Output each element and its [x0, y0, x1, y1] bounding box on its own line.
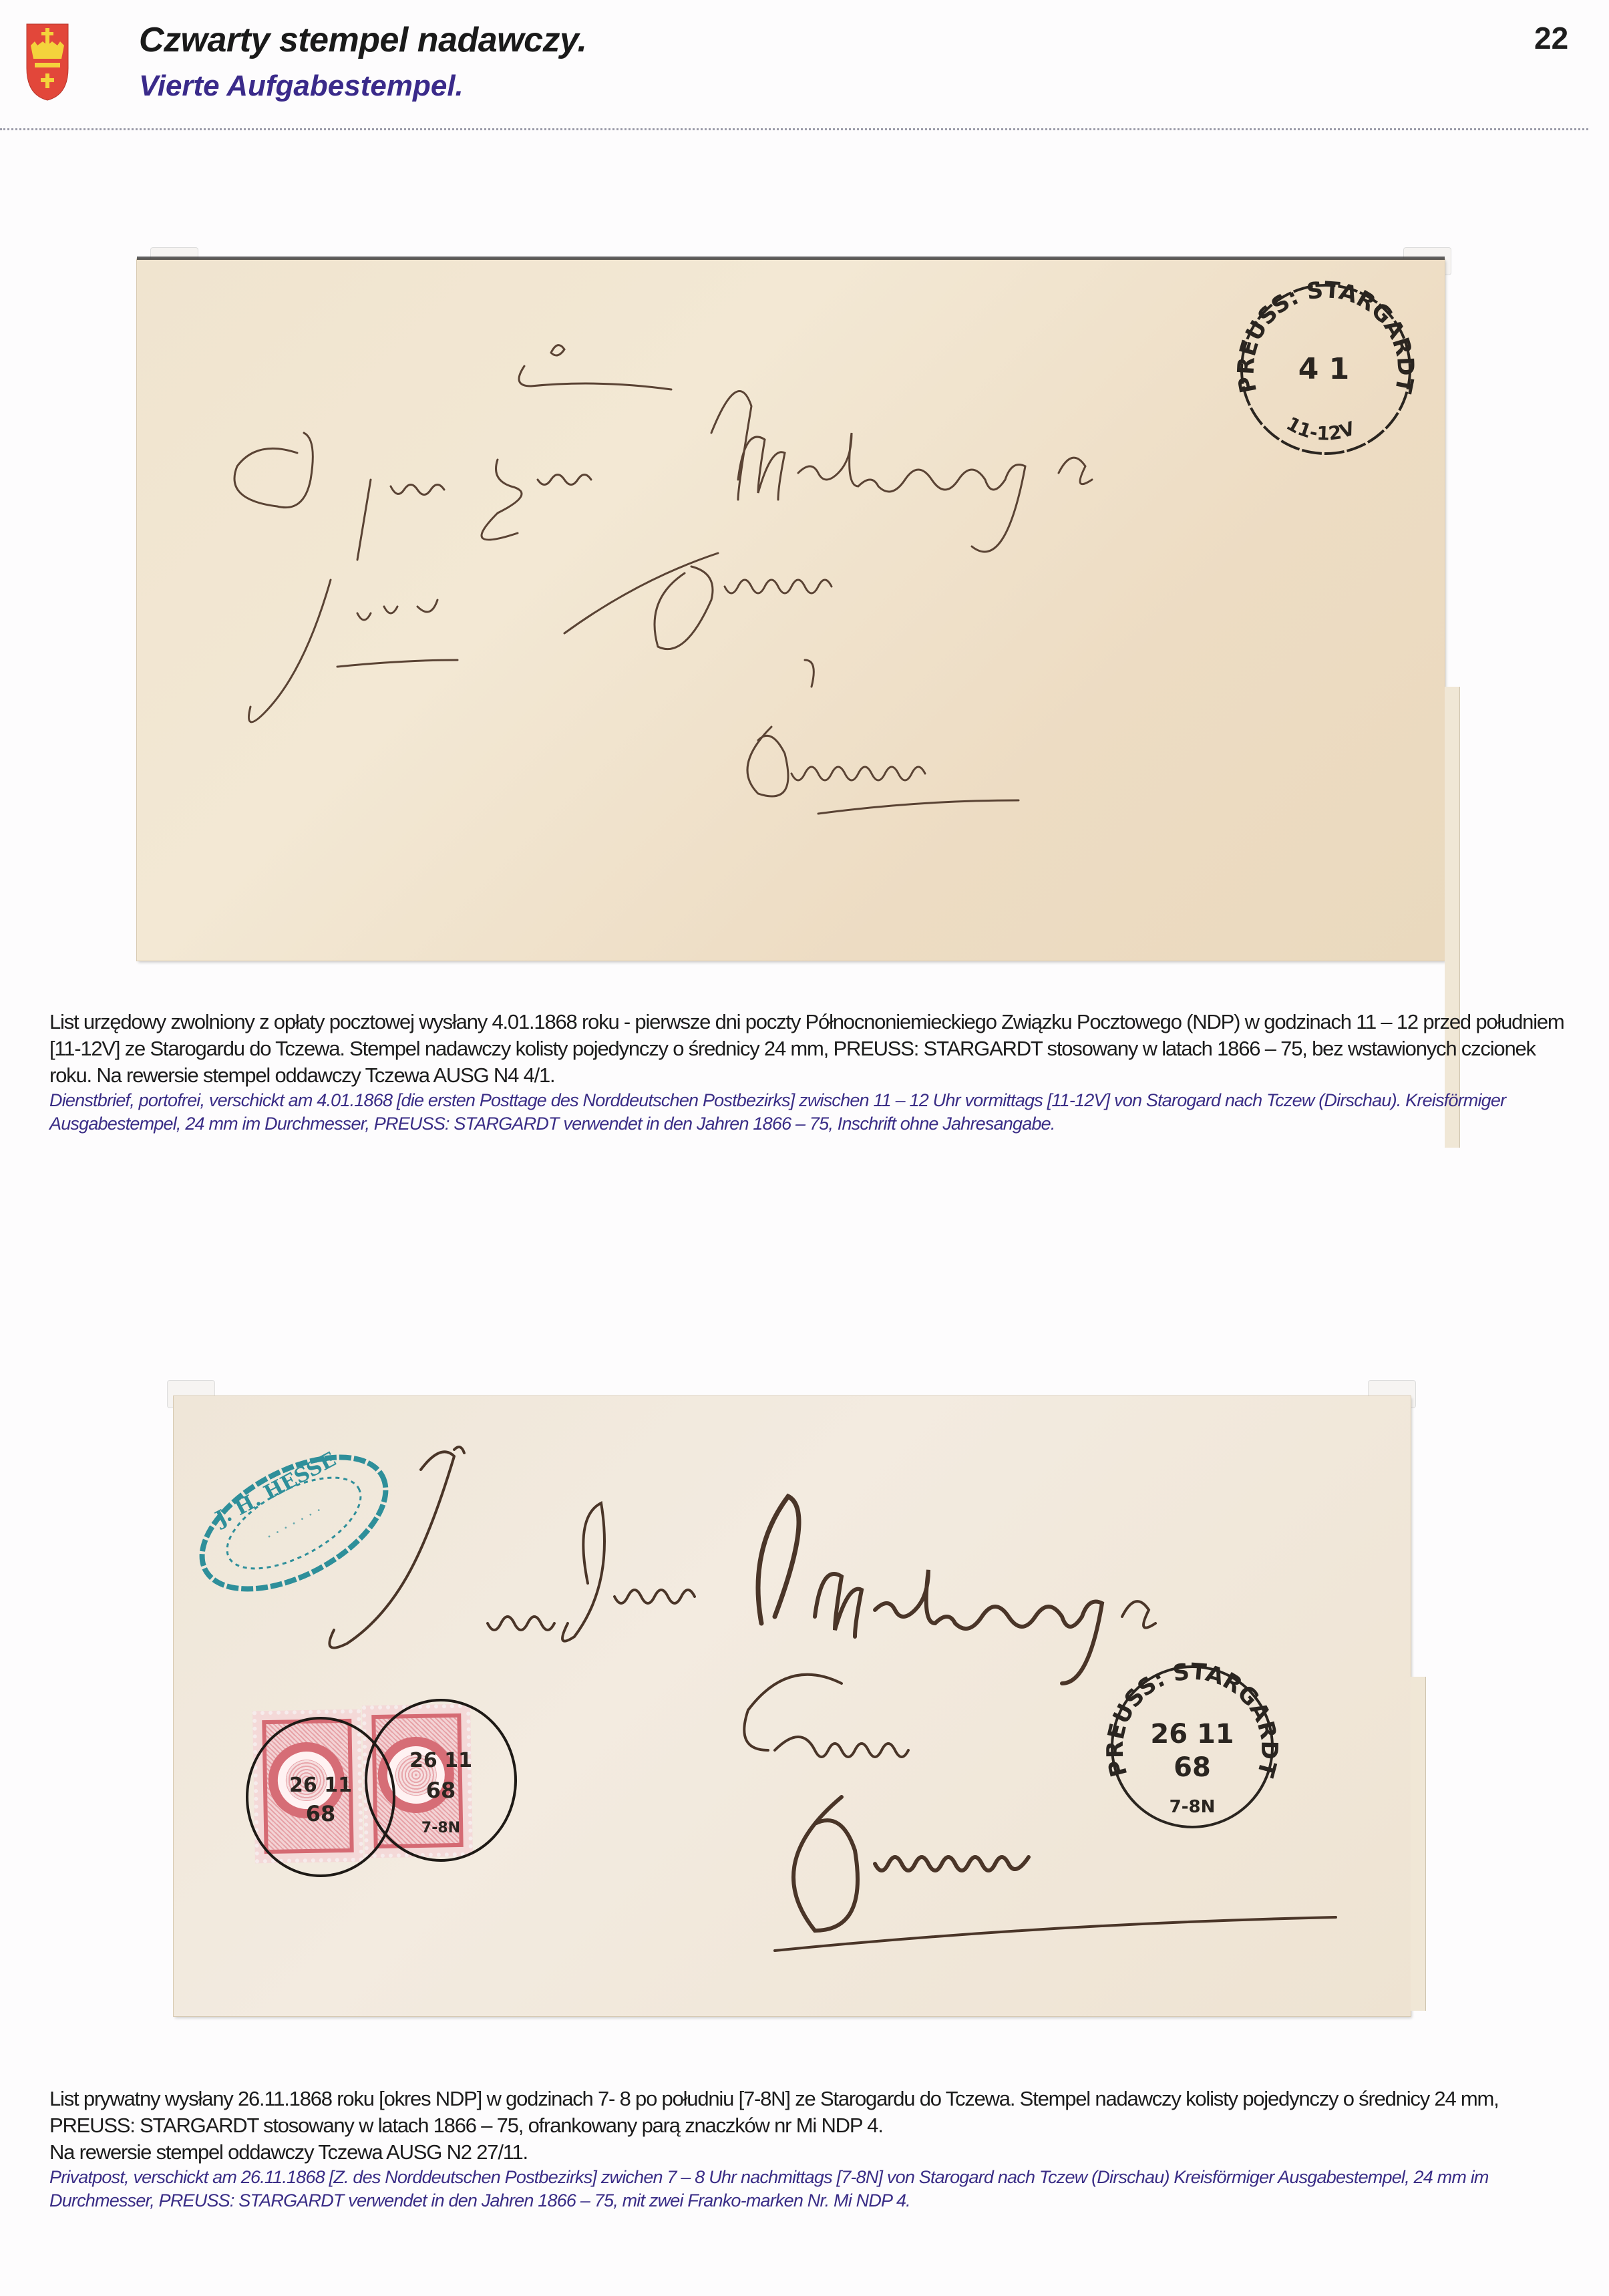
caption-cover-2: List prywatny wysłany 26.11.1868 roku [o… — [49, 2086, 1572, 2212]
svg-text:4 1: 4 1 — [1298, 352, 1350, 386]
cover-2-private-letter: J. H. HESSE · · · · · · · PREUSS: STARGA… — [174, 1396, 1411, 2016]
header-divider — [0, 128, 1588, 130]
svg-text:7-8N: 7-8N — [421, 1820, 460, 1836]
page-header: Czwarty stempel nadawczy. Vierte Aufgabe… — [0, 0, 1609, 130]
svg-text:26 11: 26 11 — [289, 1774, 352, 1797]
caption-german: Privatpost, verschickt am 26.11.1868 [Z.… — [49, 2166, 1572, 2212]
caption-polish: List urzędowy zwolniony z opłaty pocztow… — [49, 1009, 1572, 1089]
caption-german: Dienstbrief, portofrei, verschickt am 4.… — [49, 1089, 1572, 1136]
cover-1-official-letter: PREUSS: STARGARDT 4 1 11-12V — [137, 259, 1445, 961]
coat-of-arms-icon — [25, 20, 69, 102]
svg-text:11-12V: 11-12V — [1282, 412, 1358, 444]
page-number: 22 — [1534, 20, 1568, 56]
page-title: Czwarty stempel nadawczy. — [139, 20, 586, 60]
page-subtitle: Vierte Aufgabestempel. — [139, 69, 464, 103]
svg-text:68: 68 — [426, 1778, 456, 1803]
svg-text:26 11: 26 11 — [409, 1749, 472, 1772]
cover-1-handwriting: PREUSS: STARGARDT 4 1 11-12V — [137, 259, 1445, 961]
caption-cover-1: List urzędowy zwolniony z opłaty pocztow… — [49, 1009, 1572, 1136]
stamp-cancellations: 26 11 68 26 11 68 7-8N — [174, 1396, 1411, 2016]
svg-text:68: 68 — [306, 1801, 336, 1826]
caption-polish-reverse: Na rewersie stempel oddawczy Tczewa AUSG… — [49, 2139, 1572, 2166]
caption-polish: List prywatny wysłany 26.11.1868 roku [o… — [49, 2086, 1572, 2139]
postmark-preuss-stargardt: PREUSS: STARGARDT 4 1 11-12V — [1233, 277, 1419, 454]
envelope-fold-edge — [1411, 1677, 1425, 2011]
